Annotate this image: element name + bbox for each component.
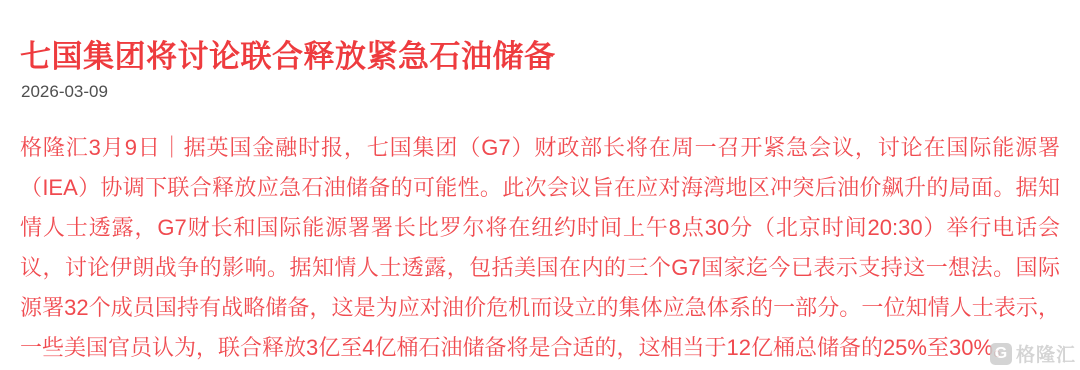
- article-title: 七国集团将讨论联合释放紧急石油储备: [20, 31, 1060, 76]
- body-line-1: 格隆汇3月9日｜据英国金融时报，七国集团（G7）财政部长将在周一召开紧急会议，讨…: [20, 128, 1060, 168]
- body-line-6: 一些美国官员认为，联合释放3亿至4亿桶石油储备将是合适的，这相当于12亿桶总储备…: [20, 328, 1060, 368]
- article-body: 格隆汇3月9日｜据英国金融时报，七国集团（G7）财政部长将在周一召开紧急会议，讨…: [20, 128, 1060, 368]
- body-line-2: （IEA）协调下联合释放应急石油储备的可能性。此次会议旨在应对海湾地区冲突后油价…: [20, 168, 1060, 208]
- watermark: G 格隆汇: [990, 340, 1076, 367]
- watermark-label: 格隆汇: [1016, 340, 1076, 367]
- body-line-5: 源署32个成员国持有战略储备，这是为应对油价危机而设立的集体应急体系的一部分。一…: [20, 288, 1060, 328]
- body-line-4: 议，讨论伊朗战争的影响。据知情人士透露，包括美国在内的三个G7国家迄今已表示支持…: [20, 248, 1060, 288]
- body-line-3: 情人士透露，G7财长和国际能源署署长比罗尔将在纽约时间上午8点30分（北京时间2…: [20, 208, 1060, 248]
- article-date: 2026-03-09: [21, 82, 108, 102]
- gelonghui-logo-icon: G: [990, 343, 1012, 365]
